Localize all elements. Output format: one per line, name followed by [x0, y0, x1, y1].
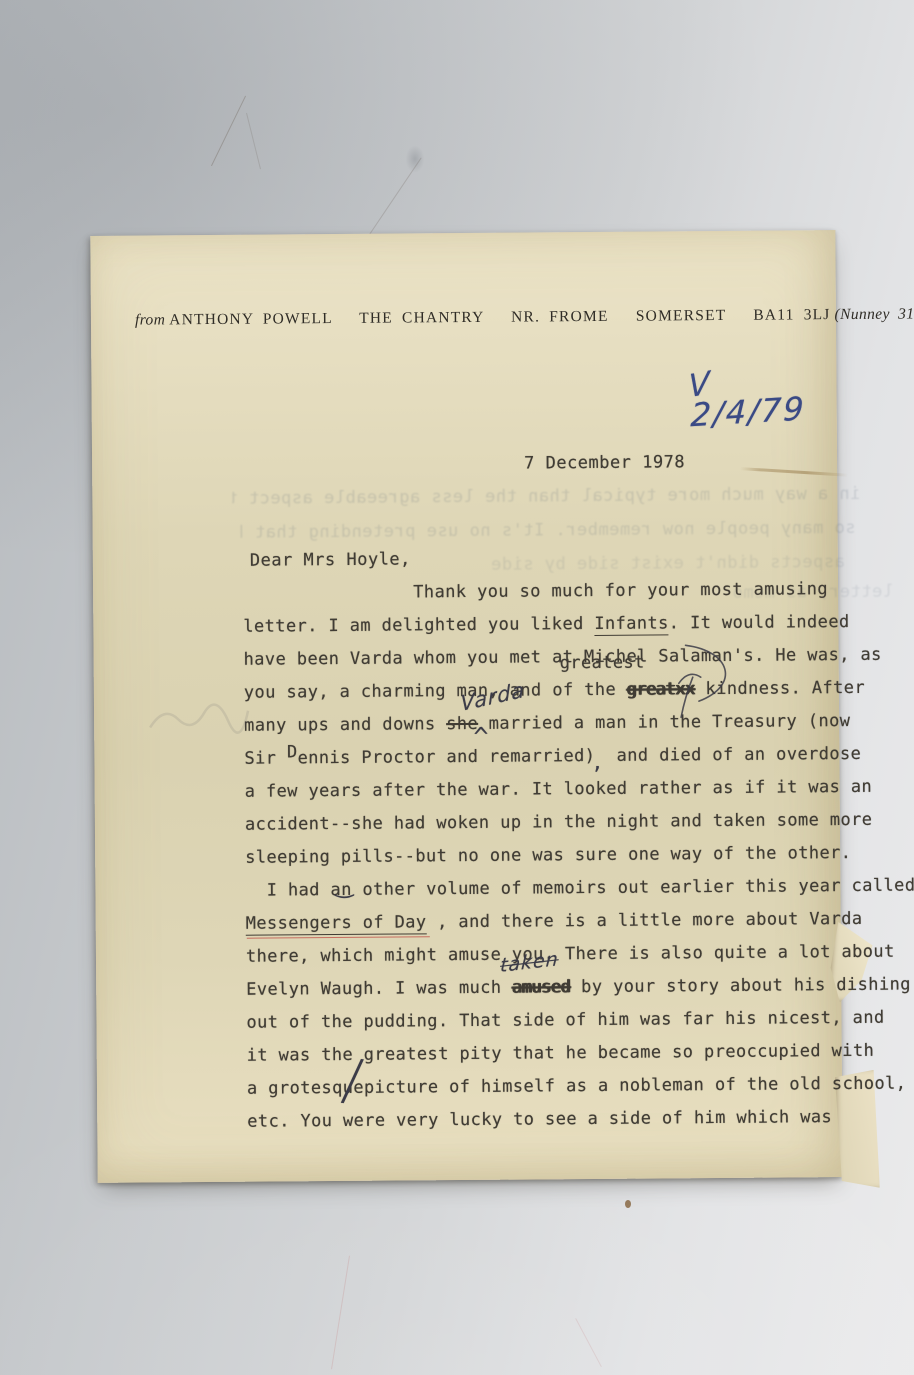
letterhead-address: ANTHONY POWELL THE CHANTRY NR. FROME SOM… [169, 306, 830, 328]
paper-crease [740, 467, 848, 477]
letter-body: Thank you so much for your most amusingl… [90, 230, 835, 236]
rust-speck [625, 1200, 631, 1208]
showthrough-line: in a way much more typical than the less… [232, 484, 860, 509]
letterhead-phone: (Nunney 314) [834, 305, 914, 323]
join-mark: ‿ [335, 874, 353, 899]
letterhead: fromANTHONY POWELL THE CHANTRY NR. FROME… [135, 306, 845, 330]
typed-line: etc. You were very lucky to see a side o… [247, 1106, 832, 1134]
salutation: Dear Mrs Hoyle, [250, 549, 411, 570]
faint-pencil-squiggle [146, 687, 266, 748]
letter-paper: fromANTHONY POWELL THE CHANTRY NR. FROME… [90, 230, 842, 1183]
handwritten-insert-arc [580, 637, 761, 722]
typed-line: out of the pudding. That side of him was… [246, 1007, 884, 1035]
handwritten-comma: , [593, 747, 601, 775]
typed-line: there, which might amuse you. There is a… [246, 941, 895, 969]
typed-line: a few years after the war. It looked rat… [245, 776, 873, 804]
showthrough-line: so many people now remember. It's no use… [241, 518, 856, 543]
background-scratch [331, 1256, 350, 1370]
typed-date: 7 December 1978 [524, 452, 685, 473]
letterhead-from: from [135, 311, 165, 328]
background-scratch [575, 1318, 602, 1367]
photo-of-letter: fromANTHONY POWELL THE CHANTRY NR. FROME… [0, 0, 914, 1375]
page-showthrough: in a way much more typical than the less… [90, 230, 835, 236]
typed-line: Sir Dennis Proctor and remarried) and di… [244, 743, 861, 771]
typed-line: accident--she had woken up in the night … [245, 809, 873, 837]
typed-line: you say, a charming man, and of the grea… [244, 677, 865, 705]
background-scratch [211, 96, 246, 167]
typed-line: Thank you so much for your most amusing [243, 578, 828, 606]
background-scratch [246, 113, 261, 170]
typed-line: sleeping pills--but no one was sure one … [245, 842, 851, 870]
background-smudge [402, 140, 428, 178]
typed-line: it was the greatest pity that he became … [247, 1040, 875, 1068]
typed-line: Messengers of Day , and there is a littl… [246, 908, 863, 936]
insertion-caret: ^ [472, 722, 490, 751]
received-date: 2/4/79 [690, 389, 806, 434]
typed-line: letter. I am delighted you liked Infants… [243, 611, 849, 639]
typed-line: Evelyn Waugh. I was much amused by your … [246, 974, 911, 1002]
